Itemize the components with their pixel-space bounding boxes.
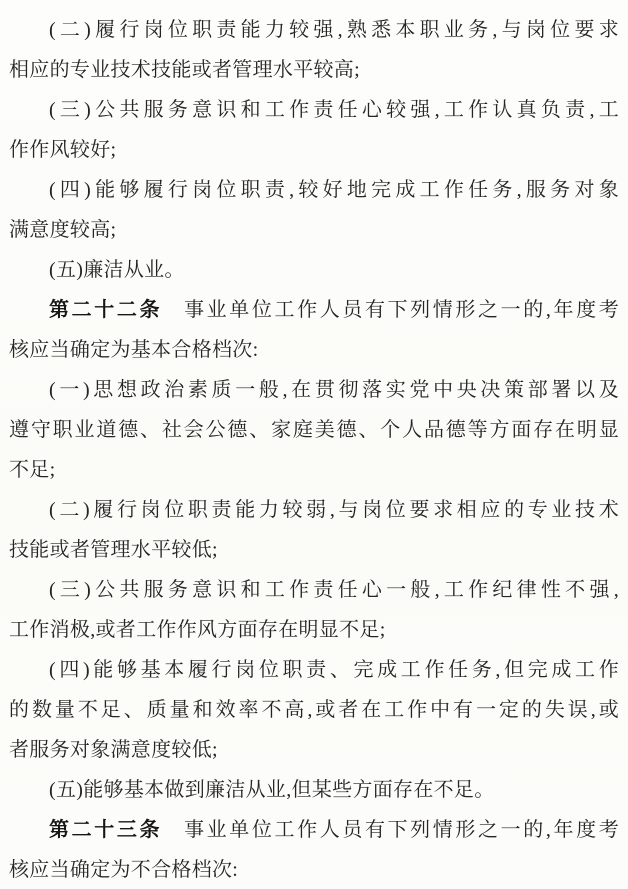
text-line: 技能或者管理水平较低; <box>9 530 619 570</box>
text-line: 第二十二条事业单位工作人员有下列情形之一的,年度考 <box>9 290 619 330</box>
text-segment: 遵守职业道德、社会公德、家庭美德、个人品德等方面存在明显 <box>9 419 619 441</box>
document-body: (二)履行岗位职责能力较强,熟悉本职业务,与岗位要求相应的专业技术技能或者管理水… <box>0 0 628 889</box>
text-line: 者服务对象满意度较低; <box>9 730 619 770</box>
text-segment: (五)廉洁从业。 <box>49 259 185 281</box>
text-segment: 不足; <box>9 459 55 481</box>
text-line: (三)公共服务意识和工作责任心一般,工作纪律性不强, <box>9 570 619 610</box>
text-line: 不足; <box>9 450 619 490</box>
text-segment: 满意度较高; <box>9 219 116 241</box>
text-segment: 作作风较好; <box>9 139 116 161</box>
text-segment: (四)能够基本履行岗位职责、完成工作任务,但完成工作 <box>49 659 619 681</box>
text-line: (二)履行岗位职责能力较弱,与岗位要求相应的专业技术 <box>9 490 619 530</box>
text-line: (四)能够履行岗位职责,较好地完成工作任务,服务对象 <box>9 170 619 210</box>
article-number: 第二十二条 <box>49 299 162 321</box>
text-line: 遵守职业道德、社会公德、家庭美德、个人品德等方面存在明显 <box>9 410 619 450</box>
text-segment: (二)履行岗位职责能力较强,熟悉本职业务,与岗位要求 <box>49 19 619 41</box>
text-segment: (四)能够履行岗位职责,较好地完成工作任务,服务对象 <box>49 179 619 201</box>
text-line: 的数量不足、质量和效率不高,或者在工作中有一定的失误,或 <box>9 690 619 730</box>
text-line: 工作消极,或者工作作风方面存在明显不足; <box>9 610 619 650</box>
text-line: 满意度较高; <box>9 210 619 250</box>
text-segment: 核应当确定为基本合格档次: <box>9 339 258 361</box>
text-segment: 者服务对象满意度较低; <box>9 739 218 761</box>
text-segment: (三)公共服务意识和工作责任心较强,工作认真负责,工 <box>49 99 619 121</box>
text-line: 核应当确定为不合格档次: <box>9 850 619 889</box>
text-line: 核应当确定为基本合格档次: <box>9 330 619 370</box>
text-segment: (二)履行岗位职责能力较弱,与岗位要求相应的专业技术 <box>49 499 619 521</box>
text-segment: 核应当确定为不合格档次: <box>9 859 238 881</box>
text-line: 作作风较好; <box>9 130 619 170</box>
text-line: (五)廉洁从业。 <box>9 250 619 290</box>
text-line: 第二十三条事业单位工作人员有下列情形之一的,年度考 <box>9 810 619 850</box>
text-line: (三)公共服务意识和工作责任心较强,工作认真负责,工 <box>9 90 619 130</box>
text-segment: (五)能够基本做到廉洁从业,但某些方面存在不足。 <box>49 779 495 801</box>
article-number: 第二十三条 <box>49 819 162 841</box>
text-segment: 事业单位工作人员有下列情形之一的,年度考 <box>184 819 619 841</box>
text-line: (五)能够基本做到廉洁从业,但某些方面存在不足。 <box>9 770 619 810</box>
text-segment: (一)思想政治素质一般,在贯彻落实党中央决策部署以及 <box>49 379 619 401</box>
text-segment: 技能或者管理水平较低; <box>9 539 218 561</box>
text-segment: 相应的专业技术技能或者管理水平较高; <box>9 59 360 81</box>
text-line: 相应的专业技术技能或者管理水平较高; <box>9 50 619 90</box>
document-page: (二)履行岗位职责能力较强,熟悉本职业务,与岗位要求相应的专业技术技能或者管理水… <box>0 0 628 889</box>
text-line: (二)履行岗位职责能力较强,熟悉本职业务,与岗位要求 <box>9 10 619 50</box>
text-line: (一)思想政治素质一般,在贯彻落实党中央决策部署以及 <box>9 370 619 410</box>
text-segment: 事业单位工作人员有下列情形之一的,年度考 <box>184 299 619 321</box>
text-segment: 工作消极,或者工作作风方面存在明显不足; <box>9 619 386 641</box>
text-segment: 的数量不足、质量和效率不高,或者在工作中有一定的失误,或 <box>9 699 619 721</box>
text-line: (四)能够基本履行岗位职责、完成工作任务,但完成工作 <box>9 650 619 690</box>
text-segment: (三)公共服务意识和工作责任心一般,工作纪律性不强, <box>49 579 619 601</box>
